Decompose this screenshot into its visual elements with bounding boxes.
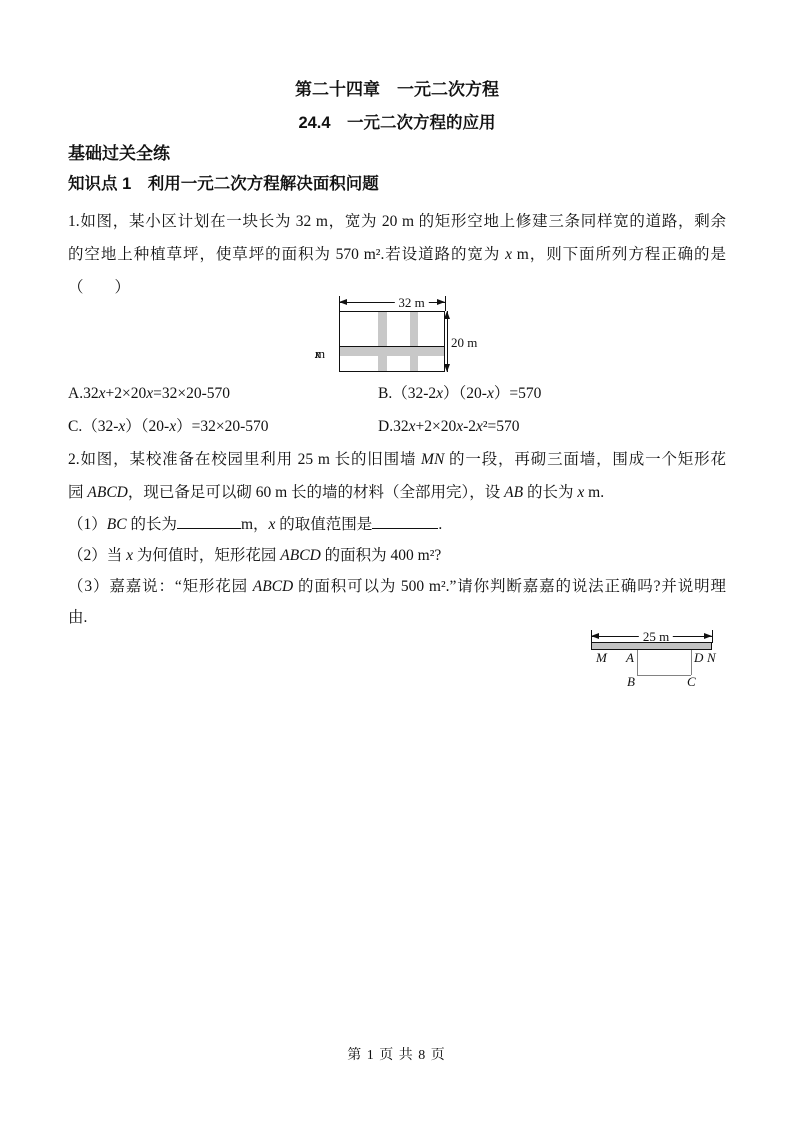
section-title: 24.4 一元二次方程的应用 bbox=[68, 114, 726, 133]
figure-wall-diagram: 25 m M A D N B C bbox=[591, 628, 721, 690]
figure-roads-diagram: 32 m 20 m x m bbox=[339, 293, 484, 377]
old-wall-bar bbox=[591, 642, 712, 650]
question-1-text: 1.如图，某小区计划在一块长为 32 m，宽为 20 m 的矩形空地上修建三条同… bbox=[68, 205, 726, 304]
plot-rectangle bbox=[339, 311, 445, 372]
option-a: A.32x+2×20x=32×20-570 bbox=[68, 377, 378, 410]
garden-side-dc bbox=[691, 650, 692, 675]
question-1-options-row-1: A.32x+2×20x=32×20-570 B.（32-2x）（20-x）=57… bbox=[68, 377, 726, 410]
worksheet-page: 第二十四章 一元二次方程 24.4 一元二次方程的应用 基础过关全练 知识点 1… bbox=[0, 0, 793, 1122]
point-label-a: A bbox=[626, 651, 634, 665]
option-b: B.（32-2x）（20-x）=570 bbox=[378, 377, 726, 410]
point-label-n: N bbox=[707, 651, 716, 665]
point-label-d: D bbox=[694, 651, 703, 665]
knowledge-point-heading: 知识点 1 利用一元二次方程解决面积问题 bbox=[68, 175, 726, 194]
question-2-part-2: （2）当 x 为何值时，矩形花园 ABCD 的面积为 400 m²? bbox=[68, 540, 726, 571]
question-2-text: 2.如图，某校准备在校园里利用 25 m 长的旧围墙 MN 的一段，再砌三面墙，… bbox=[68, 443, 726, 509]
question-1-options-row-2: C.（32-x）（20-x）=32×20-570 D.32x+2×20x-2x²… bbox=[68, 410, 726, 443]
dimension-tick bbox=[445, 296, 446, 311]
height-dimension-arrow bbox=[447, 311, 448, 372]
point-label-c: C bbox=[687, 675, 696, 689]
question-2-part-1: （1）BC 的长为m，x 的取值范围是. bbox=[68, 509, 726, 540]
question-2-part-3: （3）嘉嘉说：“矩形花园 ABCD 的面积可以为 500 m².”请你判断嘉嘉的… bbox=[68, 571, 726, 633]
option-c: C.（32-x）（20-x）=32×20-570 bbox=[68, 410, 378, 443]
chapter-title: 第二十四章 一元二次方程 bbox=[68, 80, 726, 99]
drill-section-heading: 基础过关全练 bbox=[68, 144, 726, 163]
dimension-tick bbox=[712, 630, 713, 643]
height-dimension-label: 20 m bbox=[451, 335, 477, 350]
garden-side-bc bbox=[637, 675, 691, 676]
option-d: D.32x+2×20x-2x²=570 bbox=[378, 410, 726, 443]
width-dimension-label: 32 m bbox=[394, 295, 428, 310]
point-label-b: B bbox=[627, 675, 635, 689]
garden-side-ab bbox=[637, 650, 638, 675]
page-number-footer: 第 1 页 共 8 页 bbox=[0, 1046, 793, 1066]
width-dimension-arrow bbox=[339, 302, 445, 303]
point-label-m: M bbox=[596, 651, 607, 665]
